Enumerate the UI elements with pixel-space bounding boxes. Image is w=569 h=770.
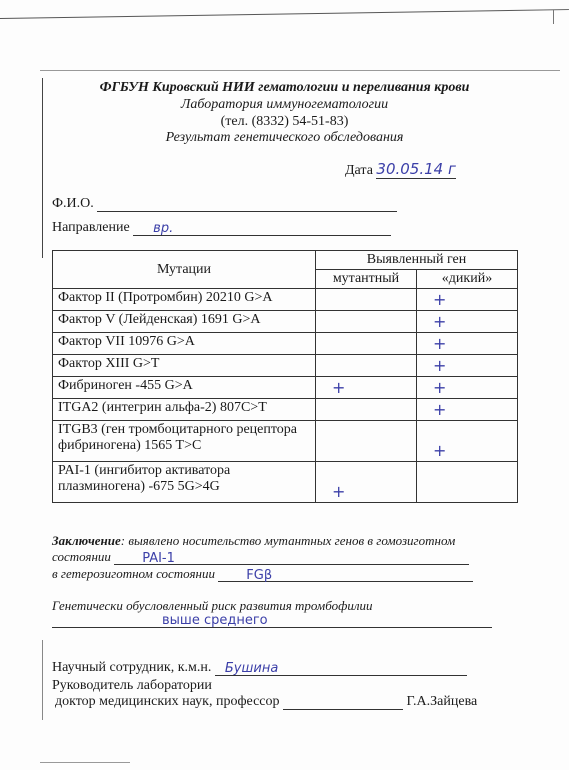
- scan-mark: [553, 10, 554, 24]
- risk-line: выше среднего: [52, 612, 492, 628]
- mutation-name: PAI-1 (ингибитор активатора плазминогена…: [53, 462, 316, 503]
- homozygous-label: состоянии: [52, 549, 111, 564]
- mutant-mark: [316, 311, 417, 333]
- col-mutations: Мутации: [53, 251, 316, 289]
- fio-label: Ф.И.О.: [52, 196, 94, 211]
- laboratory-name: Лаборатория иммуногематологии: [0, 97, 569, 113]
- wild-mark: +: [417, 421, 518, 462]
- mutation-name: Фактор XIII G>T: [53, 355, 316, 377]
- scan-edge-top: [0, 9, 569, 19]
- institution-name: ФГБУН Кировский НИИ гематологии и перели…: [0, 80, 569, 96]
- referral-label: Направление: [52, 220, 130, 235]
- table-row: ITGA2 (интегрин альфа-2) 807C>T+: [53, 399, 518, 421]
- mutant-mark: [316, 421, 417, 462]
- mutant-mark: [316, 333, 417, 355]
- head-signature: доктор медицинских наук, профессор Г.А.З…: [55, 694, 477, 710]
- table-row: PAI-1 (ингибитор активатора плазминогена…: [53, 462, 518, 503]
- table-row: Фактор II (Протромбин) 20210 G>A+: [53, 289, 518, 311]
- mutation-name: ITGA2 (интегрин альфа-2) 807C>T: [53, 399, 316, 421]
- mutant-mark: +: [316, 462, 417, 503]
- fio-value: [97, 197, 117, 212]
- table-row: Фактор VII 10976 G>A+: [53, 333, 518, 355]
- head-name: Г.А.Зайцева: [407, 694, 478, 709]
- mutation-name: Фактор VII 10976 G>A: [53, 333, 316, 355]
- heterozygous-line: FGβ: [218, 567, 473, 582]
- mutant-mark: +: [316, 377, 417, 399]
- researcher-signature: Научный сотрудник, к.м.н. Бушина: [52, 660, 467, 676]
- mutant-mark: [316, 399, 417, 421]
- homozygous-value: PAI-1: [114, 551, 175, 566]
- date-field: Дата 30.05.14 г: [345, 160, 456, 179]
- heterozygous-field: в гетерозиготном состоянии FGβ: [52, 566, 473, 582]
- mutation-name: Фактор V (Лейденская) 1691 G>A: [53, 311, 316, 333]
- date-value: 30.05.14 г: [376, 160, 456, 179]
- phone: (тел. (8332) 54-51-83): [0, 114, 569, 130]
- conclusion-text: : выявлено носительство мутантных генов …: [121, 533, 455, 548]
- mutation-name: ITGB3 (ген тромбоцитарного рецептора фиб…: [53, 421, 316, 462]
- table-row: Фибриноген -455 G>A++: [53, 377, 518, 399]
- col-detected-gene: Выявленный ген: [316, 251, 518, 270]
- table-row: ITGB3 (ген тромбоцитарного рецептора фиб…: [53, 421, 518, 462]
- homozygous-field: состоянии PAI-1: [52, 549, 469, 565]
- head-label: Руководитель лаборатории: [52, 678, 212, 694]
- wild-mark: +: [417, 399, 518, 421]
- page-left-border-lower: [42, 640, 43, 720]
- mutations-table: Мутации Выявленный ген мутантный «дикий»…: [52, 250, 518, 503]
- col-wild: «дикий»: [417, 270, 518, 289]
- homozygous-line: PAI-1: [114, 550, 469, 565]
- wild-mark: +: [417, 289, 518, 311]
- fio-line: [97, 197, 397, 212]
- document-title: Результат генетического обследования: [0, 130, 569, 146]
- mutant-mark: [316, 355, 417, 377]
- page-top-border: [40, 70, 560, 71]
- referral-value: вр.: [133, 221, 173, 236]
- table-row: Фактор XIII G>T+: [53, 355, 518, 377]
- researcher-title: Научный сотрудник, к.м.н.: [52, 660, 211, 675]
- col-mutant: мутантный: [316, 270, 417, 289]
- head-title: доктор медицинских наук, профессор: [55, 694, 280, 709]
- conclusion-label: Заключение: [52, 533, 121, 548]
- head-sign-line: [283, 695, 403, 710]
- mutation-name: Фактор II (Протромбин) 20210 G>A: [53, 289, 316, 311]
- date-label: Дата: [345, 163, 373, 178]
- scan-edge-bottom: [40, 762, 130, 763]
- heterozygous-label: в гетерозиготном состоянии: [52, 566, 215, 581]
- table-row: Фактор V (Лейденская) 1691 G>A+: [53, 311, 518, 333]
- mutant-mark: [316, 289, 417, 311]
- wild-mark: +: [417, 355, 518, 377]
- wild-mark: +: [417, 377, 518, 399]
- wild-mark: +: [417, 333, 518, 355]
- referral-field: Направление вр.: [52, 220, 391, 236]
- risk-field: выше среднего: [52, 612, 492, 628]
- wild-mark: +: [417, 311, 518, 333]
- fio-field: Ф.И.О.: [52, 196, 397, 212]
- wild-mark: [417, 462, 518, 503]
- conclusion-line: Заключение: выявлено носительство мутант…: [52, 533, 455, 549]
- referral-line: вр.: [133, 221, 391, 236]
- heterozygous-value: FGβ: [218, 568, 272, 583]
- researcher-sign-line: Бушина: [215, 661, 467, 676]
- risk-value: выше среднего: [52, 613, 268, 628]
- mutation-name: Фибриноген -455 G>A: [53, 377, 316, 399]
- researcher-signature-value: Бушина: [215, 661, 278, 676]
